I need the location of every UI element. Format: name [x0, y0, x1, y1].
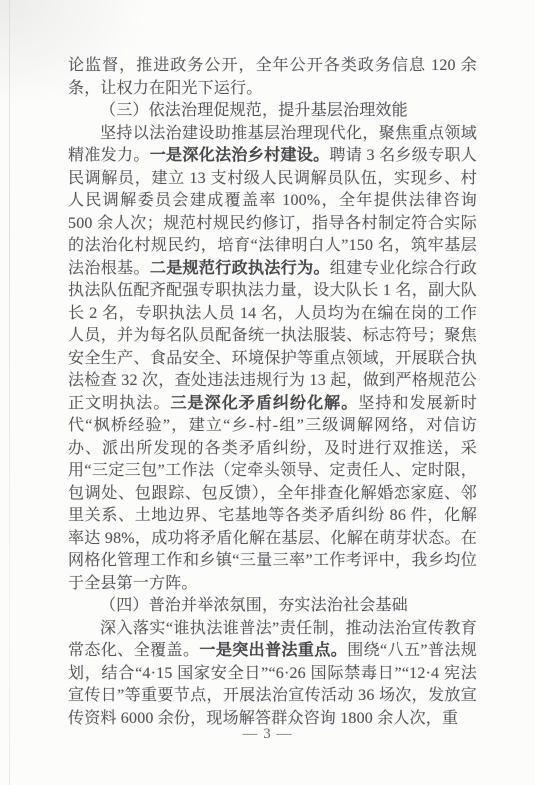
text-run: （三）依法治理促规范，提升基层治理效能: [100, 102, 408, 119]
scan-edge-line: [9, 0, 10, 785]
section-heading: （四）普治并举浓氛围，夯实法治社会基础: [68, 595, 477, 618]
text-run: （四）普治并举浓氛围，夯实法治社会基础: [100, 597, 408, 614]
text-run: 坚持和发展新时代“枫桥经验”，建立“乡-村-组”三级调解网络，对信访办、派出所发…: [68, 395, 477, 592]
text-run: 组建专业化综合行政执法队伍配齐配强专职执法力量，设大队长 1 名，副大队长 2 …: [68, 260, 477, 412]
document-body-text: 论监督，推进政务公开，全年公开各类政务信息 120 余条，让权力在阳光下运行。（…: [68, 55, 477, 730]
emphasis-run: 三是深化矛盾纠纷化解。: [170, 395, 358, 412]
body-paragraph: 论监督，推进政务公开，全年公开各类政务信息 120 余条，让权力在阳光下运行。: [68, 55, 477, 100]
emphasis-run: 一是突出普法重点。: [199, 642, 347, 659]
section-heading: （三）依法治理促规范，提升基层治理效能: [68, 100, 477, 123]
page-number: — 3 —: [0, 726, 535, 743]
body-paragraph: 坚持以法治建设助推基层治理现代化，聚焦重点领域精准发力。一是深化法治乡村建设。聘…: [68, 123, 477, 596]
text-run: 论监督，推进政务公开，全年公开各类政务信息 120 余条，让权力在阳光下运行。: [68, 57, 477, 97]
text-run: 聘请 3 名乡级专职人民调解员，建立 13 支村级人民调解员队伍，实现乡、村人民…: [68, 147, 477, 277]
document-page: 论监督，推进政务公开，全年公开各类政务信息 120 余条，让权力在阳光下运行。（…: [0, 0, 535, 785]
body-paragraph: 深入落实“谁执法谁普法”责任制，推动法治宣传教育常态化、全覆盖。一是突出普法重点…: [68, 618, 477, 731]
emphasis-run: 二是规范行政执法行为。: [150, 260, 330, 277]
emphasis-run: 一是深化法治乡村建设。: [150, 147, 330, 164]
